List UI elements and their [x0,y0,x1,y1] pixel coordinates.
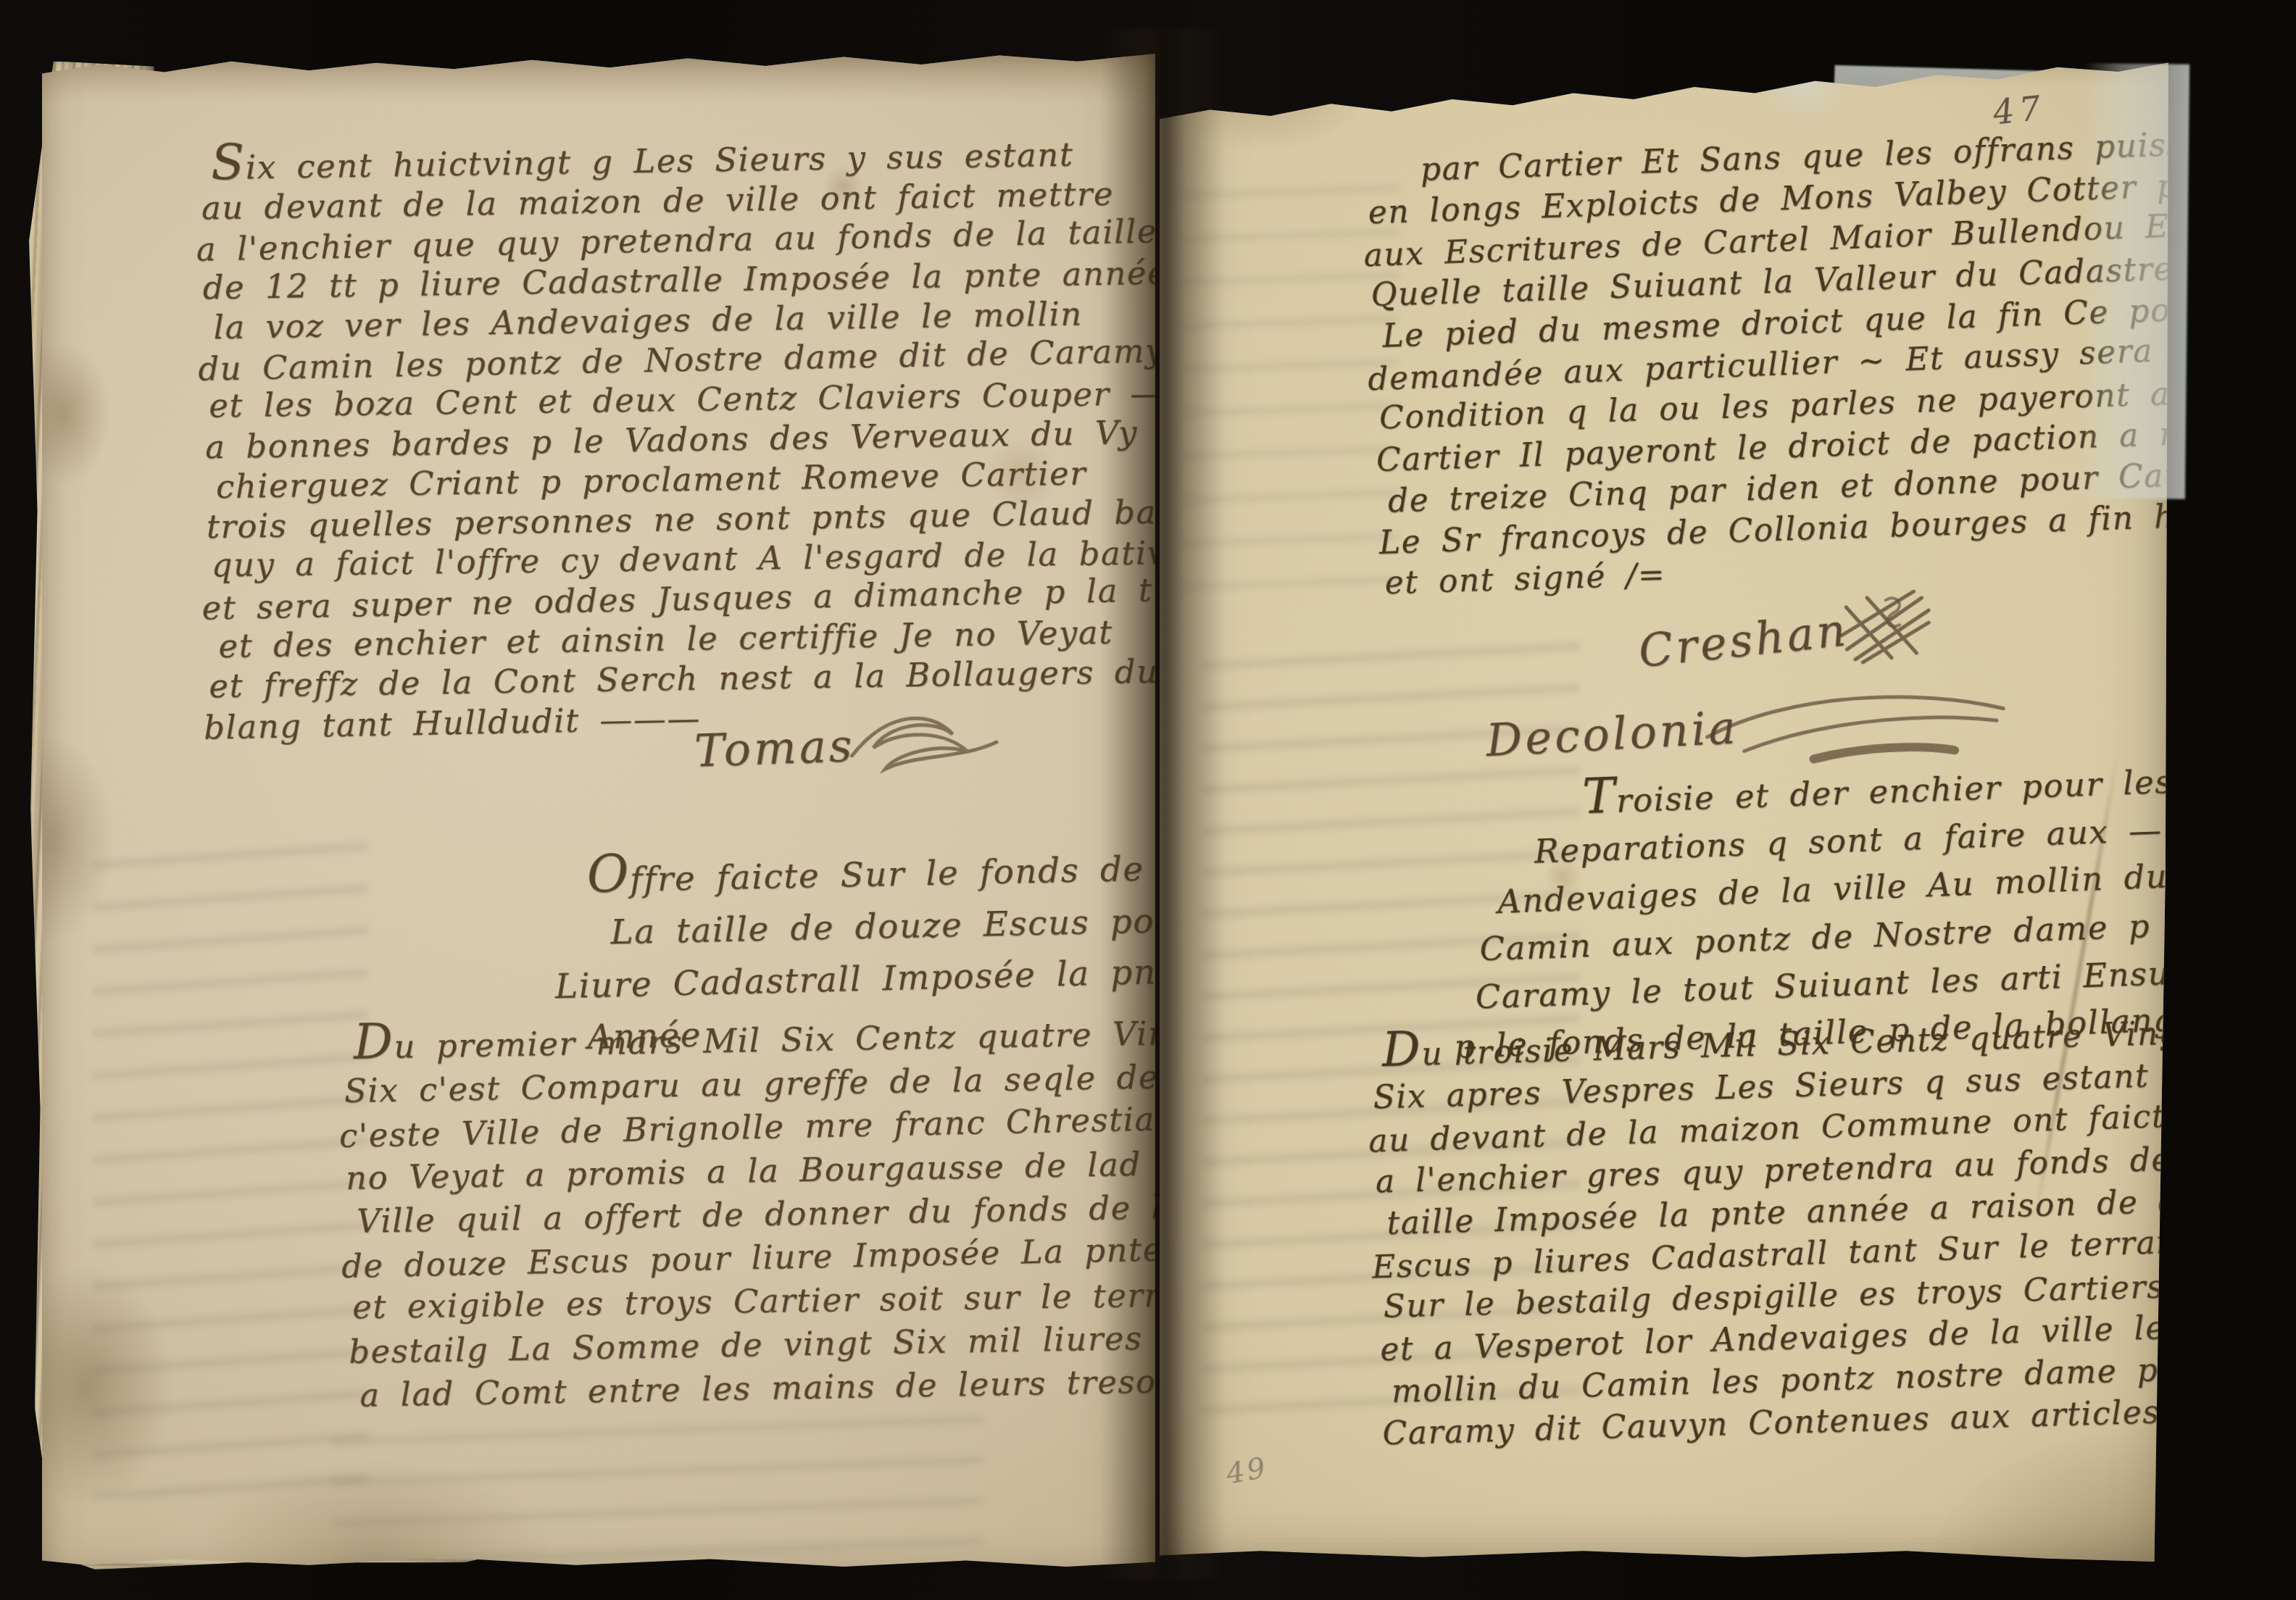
manuscript-photo: Six cent huictvingt g Les Sieurs y sus e… [0,0,2296,1600]
left-entry-2: Du premier mars Mil Six Centz quatre Vin… [343,1006,1176,1417]
left-entry-1: Six cent huictvingt g Les Sieurs y sus e… [201,128,1163,746]
signature-tomas: Tomas [693,699,1012,790]
right-page: 47 par Cartier Et Sans que les offrans p… [1160,40,2168,1562]
signature-tomas-text: Tomas [694,718,856,777]
right-entry-1: par Cartier Et Sans que les offrans puis… [1366,125,2171,605]
bleed-through-smudge [1181,163,1399,612]
manuscript-line: Offre faicte Sur le fonds de [586,836,1182,907]
folio-number: 47 [1991,88,2047,132]
pencil-folio-number: 49 [1223,1451,1270,1491]
signature-tomas-flourish-icon [844,699,1013,785]
bleed-through-smudge [332,1412,984,1571]
signature-decolonia-text: Decolonia [1485,700,1740,766]
bleed-through-smudge [93,832,368,1499]
left-page: Six cent huictvingt g Les Sieurs y sus e… [42,49,1155,1568]
signature-creshan-flourish-icon [1834,583,1936,668]
